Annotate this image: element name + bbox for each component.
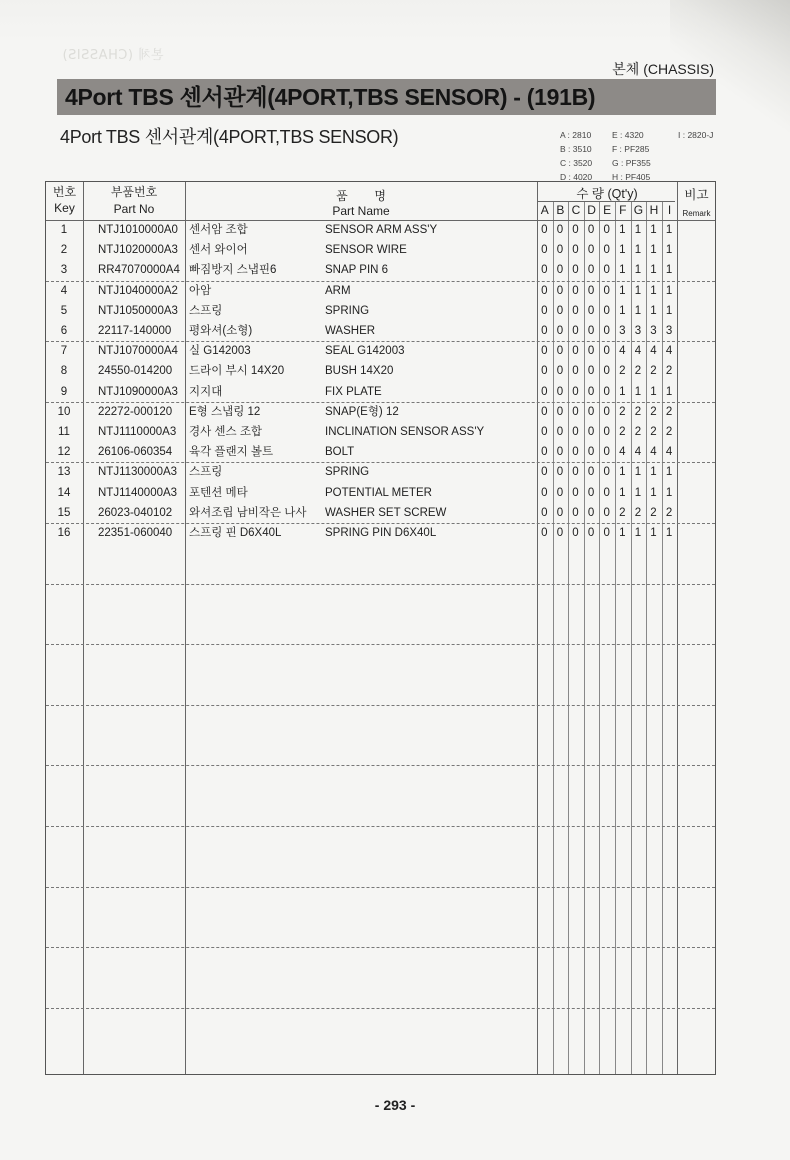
row-qty-e: 0 (599, 321, 615, 341)
row-qty-f: 1 (615, 260, 631, 280)
row-qty-d: 0 (583, 341, 599, 361)
header-qty-col-d: D (584, 203, 600, 217)
row-group-divider (46, 644, 715, 645)
row-qty-g: 2 (630, 361, 646, 381)
row-qty-d: 0 (583, 220, 599, 240)
row-key: 5 (46, 301, 82, 321)
row-qty-g: 1 (630, 220, 646, 240)
row-qty-h: 3 (646, 321, 662, 341)
header-qty-col-a: A (537, 203, 553, 217)
row-qty-i: 3 (661, 321, 677, 341)
model-legend-f: F : PF285 (612, 144, 649, 154)
row-name-en: SPRING (325, 462, 369, 482)
row-qty-a: 0 (537, 220, 553, 240)
row-name-en: INCLINATION SENSOR ASS'Y (325, 422, 484, 442)
row-qty-b: 0 (552, 503, 568, 523)
row-qty-b: 0 (552, 462, 568, 482)
row-qty-c: 0 (568, 240, 584, 260)
row-qty-c: 0 (568, 462, 584, 482)
row-qty-c: 0 (568, 503, 584, 523)
row-qty-e: 0 (599, 301, 615, 321)
model-legend-g: G : PF355 (612, 158, 651, 168)
row-qty-h: 1 (646, 382, 662, 402)
model-legend-c: C : 3520 (560, 158, 592, 168)
header-qty-col-c: C (568, 203, 584, 217)
row-name-ko: 와셔조립 남비작은 나사 (189, 503, 306, 523)
row-qty-e: 0 (599, 483, 615, 503)
row-qty-d: 0 (583, 483, 599, 503)
row-qty-f: 4 (615, 442, 631, 462)
row-name-en: SNAP PIN 6 (325, 260, 388, 280)
row-qty-b: 0 (552, 402, 568, 422)
row-name-ko: 스프링 (189, 462, 222, 482)
bleed-through-text: 본체 (CHASSIS) (62, 44, 164, 63)
row-qty-b: 0 (552, 240, 568, 260)
row-qty-i: 1 (661, 382, 677, 402)
row-qty-a: 0 (537, 240, 553, 260)
row-part-no: 22117-140000 (98, 321, 171, 341)
row-key: 16 (46, 523, 82, 543)
row-qty-g: 1 (630, 462, 646, 482)
row-qty-g: 1 (630, 281, 646, 301)
row-qty-d: 0 (583, 382, 599, 402)
row-part-no: NTJ1110000A3 (98, 422, 176, 442)
row-qty-c: 0 (568, 483, 584, 503)
row-qty-h: 2 (646, 503, 662, 523)
row-group-divider (46, 947, 715, 948)
row-qty-f: 2 (615, 422, 631, 442)
row-name-en: BOLT (325, 442, 354, 462)
row-name-en: SENSOR ARM ASS'Y (325, 220, 437, 240)
row-qty-e: 0 (599, 402, 615, 422)
row-name-ko: 스프링 핀 D6X40L (189, 523, 281, 543)
header-key-ko: 번호 (46, 183, 83, 200)
row-qty-e: 0 (599, 442, 615, 462)
row-qty-d: 0 (583, 240, 599, 260)
row-qty-d: 0 (583, 361, 599, 381)
row-qty-b: 0 (552, 260, 568, 280)
page-subtitle: 4Port TBS 센서관계(4PORT,TBS SENSOR) (60, 123, 398, 149)
row-qty-i: 2 (661, 422, 677, 442)
row-qty-i: 1 (661, 462, 677, 482)
row-qty-e: 0 (599, 220, 615, 240)
row-key: 13 (46, 462, 82, 482)
row-name-en: ARM (325, 281, 351, 301)
row-qty-b: 0 (552, 281, 568, 301)
row-qty-a: 0 (537, 361, 553, 381)
row-qty-e: 0 (599, 361, 615, 381)
row-qty-i: 4 (661, 341, 677, 361)
row-qty-f: 2 (615, 361, 631, 381)
row-group-divider (46, 1008, 715, 1009)
row-qty-f: 1 (615, 483, 631, 503)
row-qty-h: 1 (646, 523, 662, 543)
row-qty-f: 2 (615, 402, 631, 422)
row-qty-e: 0 (599, 240, 615, 260)
row-qty-e: 0 (599, 382, 615, 402)
header-divider (537, 201, 675, 202)
row-qty-i: 2 (661, 503, 677, 523)
row-qty-g: 4 (630, 341, 646, 361)
row-part-no: NTJ1070000A4 (98, 341, 178, 361)
row-qty-c: 0 (568, 382, 584, 402)
row-qty-a: 0 (537, 260, 553, 280)
header-partno-en: Part No (83, 202, 185, 216)
row-qty-h: 1 (646, 240, 662, 260)
row-qty-a: 0 (537, 483, 553, 503)
row-group-divider (46, 826, 715, 827)
header-qty-col-h: H (646, 203, 662, 217)
row-qty-i: 1 (661, 523, 677, 543)
row-qty-h: 2 (646, 422, 662, 442)
row-qty-g: 1 (630, 382, 646, 402)
row-qty-a: 0 (537, 301, 553, 321)
row-qty-a: 0 (537, 341, 553, 361)
header-remark-ko: 비고 (677, 185, 716, 203)
row-key: 10 (46, 402, 82, 422)
row-name-ko: 실 G142003 (189, 341, 251, 361)
row-name-en: POTENTIAL METER (325, 483, 432, 503)
row-qty-d: 0 (583, 503, 599, 523)
header-name-ko: 품 명 (185, 187, 537, 204)
model-legend-b: B : 3510 (560, 144, 592, 154)
row-qty-i: 1 (661, 240, 677, 260)
row-key: 6 (46, 321, 82, 341)
row-group-divider (46, 887, 715, 888)
row-qty-g: 1 (630, 301, 646, 321)
row-key: 14 (46, 483, 82, 503)
row-qty-f: 2 (615, 503, 631, 523)
row-qty-g: 2 (630, 503, 646, 523)
row-qty-i: 4 (661, 442, 677, 462)
row-qty-h: 4 (646, 442, 662, 462)
row-qty-h: 2 (646, 361, 662, 381)
row-qty-e: 0 (599, 281, 615, 301)
row-qty-b: 0 (552, 442, 568, 462)
row-qty-f: 1 (615, 301, 631, 321)
column-divider (83, 182, 84, 1074)
row-name-en: FIX PLATE (325, 382, 382, 402)
row-qty-a: 0 (537, 422, 553, 442)
row-qty-g: 1 (630, 260, 646, 280)
row-name-ko: 스프링 (189, 301, 222, 321)
row-qty-c: 0 (568, 402, 584, 422)
row-qty-e: 0 (599, 260, 615, 280)
row-qty-g: 2 (630, 402, 646, 422)
row-qty-f: 3 (615, 321, 631, 341)
row-qty-c: 0 (568, 523, 584, 543)
model-legend-i: I : 2820-J (678, 130, 713, 140)
row-name-ko: 경사 센스 조합 (189, 422, 262, 442)
row-part-no: NTJ1090000A3 (98, 382, 178, 402)
row-qty-b: 0 (552, 361, 568, 381)
row-qty-b: 0 (552, 483, 568, 503)
header-qty-col-f: F (615, 203, 631, 217)
row-part-no: 22272-000120 (98, 402, 172, 422)
row-qty-h: 2 (646, 402, 662, 422)
row-qty-i: 1 (661, 220, 677, 240)
row-qty-e: 0 (599, 422, 615, 442)
row-group-divider (46, 705, 715, 706)
row-name-ko: 센서 와이어 (189, 240, 248, 260)
row-qty-b: 0 (552, 382, 568, 402)
row-qty-d: 0 (583, 442, 599, 462)
row-qty-a: 0 (537, 382, 553, 402)
model-legend-e: E : 4320 (612, 130, 644, 140)
row-qty-h: 1 (646, 462, 662, 482)
row-key: 9 (46, 382, 82, 402)
row-key: 1 (46, 220, 82, 240)
row-qty-a: 0 (537, 281, 553, 301)
row-part-no: 26023-040102 (98, 503, 172, 523)
header-qty-col-b: B (553, 203, 569, 217)
row-qty-d: 0 (583, 402, 599, 422)
row-qty-f: 1 (615, 220, 631, 240)
header-name-en: Part Name (185, 204, 537, 218)
row-name-en: BUSH 14X20 (325, 361, 393, 381)
row-name-ko: 지지대 (189, 382, 222, 402)
row-qty-c: 0 (568, 321, 584, 341)
row-qty-c: 0 (568, 260, 584, 280)
row-qty-g: 4 (630, 442, 646, 462)
section-label: 본체 (CHASSIS) (612, 59, 714, 79)
row-qty-d: 0 (583, 301, 599, 321)
row-qty-i: 1 (661, 281, 677, 301)
row-key: 11 (46, 422, 82, 442)
row-group-divider (46, 584, 715, 585)
row-qty-i: 1 (661, 483, 677, 503)
row-qty-e: 0 (599, 462, 615, 482)
row-qty-f: 4 (615, 341, 631, 361)
row-qty-h: 1 (646, 483, 662, 503)
row-part-no: NTJ1050000A3 (98, 301, 178, 321)
row-qty-f: 1 (615, 382, 631, 402)
row-qty-g: 3 (630, 321, 646, 341)
row-qty-e: 0 (599, 341, 615, 361)
row-qty-e: 0 (599, 523, 615, 543)
row-qty-b: 0 (552, 422, 568, 442)
column-divider (677, 182, 678, 1074)
row-name-ko: 빠짐방지 스냅핀6 (189, 260, 276, 280)
row-qty-d: 0 (583, 523, 599, 543)
row-qty-d: 0 (583, 281, 599, 301)
row-qty-h: 1 (646, 281, 662, 301)
row-qty-f: 1 (615, 462, 631, 482)
row-qty-c: 0 (568, 341, 584, 361)
row-key: 2 (46, 240, 82, 260)
row-qty-e: 0 (599, 503, 615, 523)
header-qty-col-e: E (599, 203, 615, 217)
row-qty-h: 1 (646, 260, 662, 280)
row-qty-c: 0 (568, 301, 584, 321)
header-partno-ko: 부품번호 (83, 183, 185, 200)
row-name-ko: 평와셔(소형) (189, 321, 252, 341)
row-qty-d: 0 (583, 260, 599, 280)
row-qty-a: 0 (537, 462, 553, 482)
row-qty-c: 0 (568, 281, 584, 301)
row-qty-c: 0 (568, 220, 584, 240)
row-qty-a: 0 (537, 442, 553, 462)
row-name-ko: 드라이 부시 14X20 (189, 361, 284, 381)
row-qty-h: 1 (646, 301, 662, 321)
row-part-no: 24550-014200 (98, 361, 172, 381)
row-name-en: SPRING PIN D6X40L (325, 523, 436, 543)
row-name-en: WASHER (325, 321, 375, 341)
row-name-ko: E형 스냅링 12 (189, 402, 260, 422)
row-name-en: SNAP(E형) 12 (325, 402, 399, 422)
row-key: 12 (46, 442, 82, 462)
row-key: 3 (46, 260, 82, 280)
row-key: 15 (46, 503, 82, 523)
row-qty-f: 1 (615, 240, 631, 260)
row-qty-a: 0 (537, 523, 553, 543)
header-qty-col-i: I (662, 203, 678, 217)
row-qty-c: 0 (568, 361, 584, 381)
row-qty-d: 0 (583, 422, 599, 442)
row-qty-c: 0 (568, 422, 584, 442)
row-key: 4 (46, 281, 82, 301)
row-name-ko: 포텐션 메타 (189, 483, 248, 503)
row-qty-f: 1 (615, 523, 631, 543)
row-name-en: WASHER SET SCREW (325, 503, 446, 523)
row-key: 7 (46, 341, 82, 361)
row-qty-i: 2 (661, 402, 677, 422)
row-name-en: SEAL G142003 (325, 341, 405, 361)
row-qty-a: 0 (537, 503, 553, 523)
row-name-ko: 센서암 조합 (189, 220, 248, 240)
model-legend-a: A : 2810 (560, 130, 591, 140)
column-divider (185, 182, 186, 1074)
row-qty-b: 0 (552, 523, 568, 543)
parts-table: 번호 Key 부품번호 Part No 품 명 Part Name 수 량 (Q… (45, 181, 716, 1075)
row-qty-i: 1 (661, 260, 677, 280)
row-qty-g: 1 (630, 483, 646, 503)
row-qty-h: 4 (646, 341, 662, 361)
row-qty-b: 0 (552, 321, 568, 341)
header-qty: 수 량 (Qt'y) (537, 184, 677, 202)
row-qty-g: 1 (630, 240, 646, 260)
row-name-ko: 아암 (189, 281, 211, 301)
page-number: - 293 - (0, 1097, 790, 1113)
row-key: 8 (46, 361, 82, 381)
row-part-no: RR47070000A4 (98, 260, 180, 280)
header-remark-en: Remark (677, 209, 716, 218)
row-qty-a: 0 (537, 402, 553, 422)
header-key-en: Key (46, 201, 83, 215)
row-qty-i: 2 (661, 361, 677, 381)
row-part-no: NTJ1020000A3 (98, 240, 178, 260)
row-qty-g: 2 (630, 422, 646, 442)
row-part-no: 26106-060354 (98, 442, 172, 462)
row-group-divider (46, 765, 715, 766)
row-qty-d: 0 (583, 321, 599, 341)
row-qty-h: 1 (646, 220, 662, 240)
row-name-en: SPRING (325, 301, 369, 321)
row-qty-g: 1 (630, 523, 646, 543)
row-qty-i: 1 (661, 301, 677, 321)
row-part-no: NTJ1130000A3 (98, 462, 177, 482)
row-qty-c: 0 (568, 442, 584, 462)
page-title: 4Port TBS 센서관계(4PORT,TBS SENSOR) - (191B… (57, 79, 716, 115)
row-name-ko: 육각 플랜지 볼트 (189, 442, 273, 462)
row-part-no: NTJ1140000A3 (98, 483, 177, 503)
row-part-no: NTJ1010000A0 (98, 220, 178, 240)
row-qty-b: 0 (552, 220, 568, 240)
row-name-en: SENSOR WIRE (325, 240, 407, 260)
row-qty-f: 1 (615, 281, 631, 301)
header-qty-col-g: G (631, 203, 647, 217)
row-qty-d: 0 (583, 462, 599, 482)
row-qty-b: 0 (552, 301, 568, 321)
row-part-no: 22351-060040 (98, 523, 172, 543)
row-qty-a: 0 (537, 321, 553, 341)
row-qty-b: 0 (552, 341, 568, 361)
row-part-no: NTJ1040000A2 (98, 281, 178, 301)
